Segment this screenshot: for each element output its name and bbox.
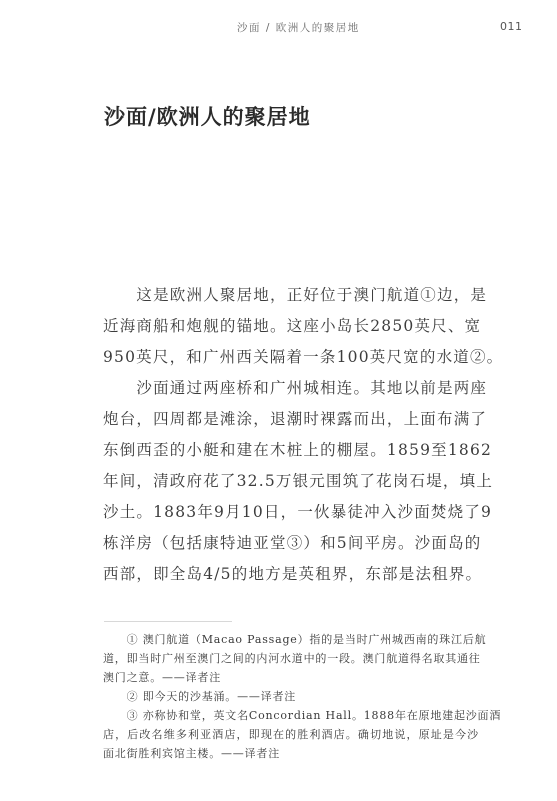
text-line: 这是欧洲人聚居地，正好位于澳门航道①边，是: [103, 280, 480, 311]
text-line: 西部，即全岛4/5的地方是英租界，东部是法租界。: [103, 559, 480, 590]
footnote-line: ① 澳门航道（Macao Passage）指的是当时广州城西南的珠江后航: [103, 630, 479, 649]
text-line: 沙面通过两座桥和广州城相连。其地以前是两座: [103, 373, 480, 404]
footnote-line: ③ 亦称协和堂，英文名Concordian Hall。1888年在原地建起沙面酒: [103, 706, 479, 725]
chapter-title: 沙面/欧洲人的聚居地: [104, 101, 311, 131]
text-line: 950英尺，和广州西关隔着一条100英尺宽的水道②。: [103, 342, 480, 373]
footnote-1: ① 澳门航道（Macao Passage）指的是当时广州城西南的珠江后航 道，即…: [103, 630, 479, 687]
text-line: 东倒西歪的小艇和建在木桩上的棚屋。1859至1862: [103, 435, 480, 466]
text-line: 年间，清政府花了32.5万银元围筑了花岗石堤，填上: [103, 466, 480, 497]
text-line: 炮台，四周都是滩涂，退潮时裸露而出，上面布满了: [103, 404, 480, 435]
footnote-line: 店，后改名维多利亚酒店，即现在的胜利酒店。确切地说，原址是今沙: [103, 725, 479, 744]
footnote-3: ③ 亦称协和堂，英文名Concordian Hall。1888年在原地建起沙面酒…: [103, 706, 479, 763]
text-line: 近海商船和炮舰的锚地。这座小岛长2850英尺、宽: [103, 311, 480, 342]
footnote-line: 面北街胜利宾馆主楼。——译者注: [103, 744, 479, 763]
footnote-divider: [104, 621, 232, 622]
paragraph-2: 沙面通过两座桥和广州城相连。其地以前是两座 炮台，四周都是滩涂，退潮时裸露而出，…: [103, 373, 480, 590]
footnote-line: 澳门之意。——译者注: [103, 668, 479, 687]
text-line: 栋洋房（包括康特迪亚堂③）和5间平房。沙面岛的: [103, 528, 480, 559]
running-head: 沙面 / 欧洲人的聚居地: [237, 20, 360, 35]
text-line: 沙土。1883年9月10日，一伙暴徒冲入沙面焚烧了9: [103, 497, 480, 528]
footnote-line: 道，即当时广州至澳门之间的内河水道中的一段。澳门航道得名取其通往: [103, 649, 479, 668]
footnote-2: ② 即今天的沙基涌。——译者注: [103, 687, 479, 706]
footnotes: ① 澳门航道（Macao Passage）指的是当时广州城西南的珠江后航 道，即…: [103, 630, 479, 763]
footnote-line: ② 即今天的沙基涌。——译者注: [103, 687, 479, 706]
body-text: 这是欧洲人聚居地，正好位于澳门航道①边，是 近海商船和炮舰的锚地。这座小岛长28…: [103, 280, 480, 590]
page-number: 011: [500, 20, 523, 33]
paragraph-1: 这是欧洲人聚居地，正好位于澳门航道①边，是 近海商船和炮舰的锚地。这座小岛长28…: [103, 280, 480, 373]
